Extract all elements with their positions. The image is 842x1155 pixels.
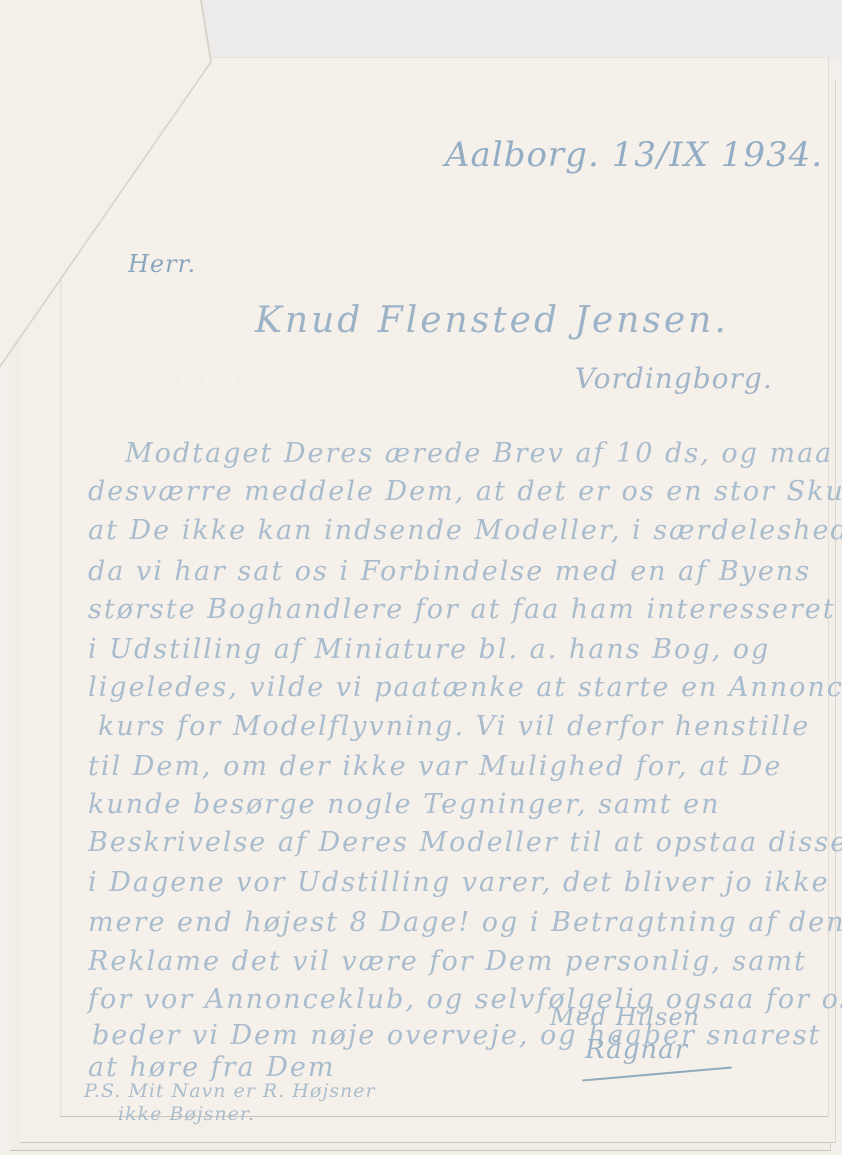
body-line: beder vi Dem nøje overveje, og haaber sn… [92, 1020, 821, 1051]
salutation: Herr. [128, 250, 196, 278]
body-line: desværre meddele Dem, at det er os en st… [88, 476, 842, 507]
bleed-through-letterhead: · · · · · · · [175, 375, 255, 390]
body-line: Reklame det vil være for Dem personlig, … [88, 946, 807, 977]
place-date: Aalborg. 13/IX 1934. [445, 135, 823, 175]
body-line: i Udstilling af Miniature bl. a. hans Bo… [88, 634, 770, 665]
body-line: til Dem, om der ikke var Mulighed for, a… [88, 751, 782, 782]
recipient-name: Knud Flensted Jensen. [255, 300, 729, 341]
recipient-city: Vordingborg. [575, 362, 773, 395]
body-line: mere end højest 8 Dage! og i Betragtning… [88, 907, 842, 938]
scanner-bed [200, 0, 842, 60]
postscript-line: ikke Bøjsner. [118, 1103, 255, 1125]
body-line: Modtaget Deres ærede Brev af 10 ds, og m… [125, 438, 842, 469]
body-line: at høre fra Dem [88, 1052, 335, 1083]
body-line: ligeledes, vilde vi paatænke at starte e… [88, 672, 842, 703]
valediction: Med Hilsen [550, 1003, 700, 1031]
body-line: at De ikke kan indsende Modeller, i særd… [88, 515, 842, 546]
signature: Rågnar [585, 1035, 688, 1065]
body-line: Beskrivelse af Deres Modeller til at ops… [88, 827, 842, 858]
body-line: største Boghandlere for at faa ham inter… [88, 594, 836, 625]
body-line: i Dagene vor Udstilling varer, det blive… [88, 867, 830, 898]
postscript-line: P.S. Mit Navn er R. Højsner [84, 1080, 376, 1102]
body-line: kurs for Modelflyvning. Vi vil derfor he… [98, 711, 810, 742]
body-line: da vi har sat os i Forbindelse med en af… [88, 556, 811, 587]
body-line: for vor Annonceklub, og selvfølgelig ogs… [88, 984, 842, 1015]
body-line: kunde besørge nogle Tegninger, samt en [88, 789, 721, 820]
